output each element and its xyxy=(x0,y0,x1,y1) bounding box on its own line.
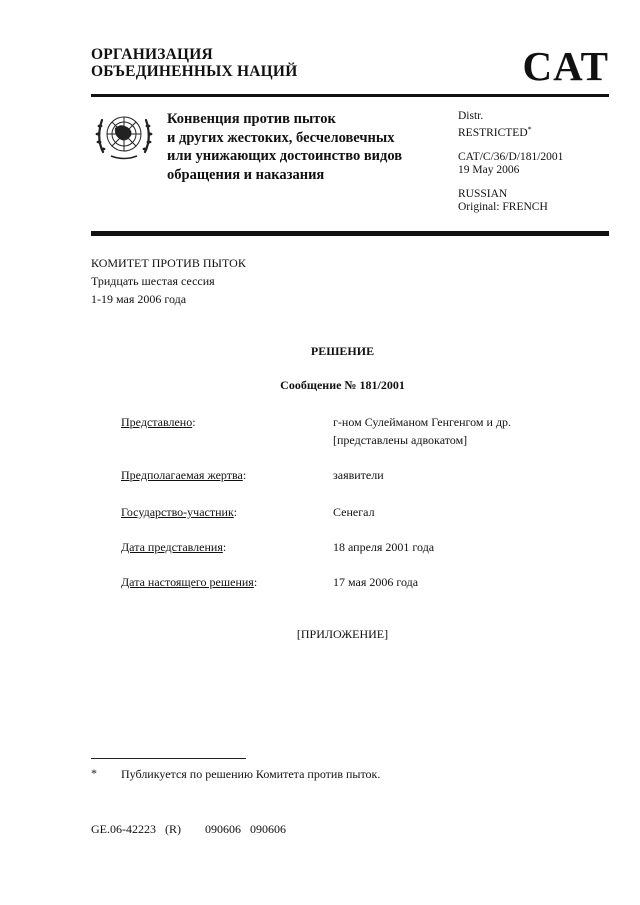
restriction-footnote-mark: * xyxy=(528,125,532,134)
convention-line: и других жестоких, бесчеловечных xyxy=(167,129,402,148)
convention-line: обращения и наказания xyxy=(167,166,402,185)
organization-line-2: ОБЪЕДИНЕННЫХ НАЦИЙ xyxy=(91,63,297,80)
header-bottom-rule xyxy=(91,231,609,236)
document-language: RUSSIAN xyxy=(458,188,563,201)
convention-line: или унижающих достоинство видов xyxy=(167,147,402,166)
committee-name: КОМИТЕТ ПРОТИВ ПЫТОК xyxy=(91,254,246,272)
annex-marker: [ПРИЛОЖЕНИЕ] xyxy=(0,627,640,642)
footnote-text: Публикуется по решению Комитета против п… xyxy=(121,767,380,782)
document-date: 19 May 2006 xyxy=(458,164,563,177)
restriction-status: RESTRICTED* xyxy=(458,123,563,140)
organization-name: ОРГАНИЗАЦИЯ ОБЪЕДИНЕННЫХ НАЦИЙ xyxy=(91,46,297,80)
document-symbol: CAT/C/36/D/181/2001 xyxy=(458,151,563,164)
footnote-mark: * xyxy=(91,766,97,781)
organization-line-1: ОРГАНИЗАЦИЯ xyxy=(91,46,297,63)
detail-value: Сенегал xyxy=(333,503,375,521)
job-number: GE.06-42223 xyxy=(91,822,156,836)
restriction-text: RESTRICTED xyxy=(458,127,528,139)
detail-label: Государство-участник: xyxy=(121,503,237,521)
detail-value: 18 апреля 2001 года xyxy=(333,538,434,556)
detail-label: Дата настоящего решения: xyxy=(121,573,257,591)
detail-label: Дата представления: xyxy=(121,538,226,556)
header-rule xyxy=(91,94,609,97)
document-footer: GE.06-42223 (R) 090606 090606 xyxy=(91,822,286,837)
distr-label: Distr. xyxy=(458,110,563,123)
convention-line: Конвенция против пыток xyxy=(167,110,402,129)
distribution-block: Distr. RESTRICTED* CAT/C/36/D/181/2001 1… xyxy=(458,110,563,214)
original-language: Original: FRENCH xyxy=(458,201,563,214)
detail-value: 17 мая 2006 года xyxy=(333,573,418,591)
detail-label: Предполагаемая жертва: xyxy=(121,466,246,484)
un-emblem-icon xyxy=(93,108,155,164)
detail-label: Представлено: xyxy=(121,413,196,431)
decision-heading: РЕШЕНИЕ xyxy=(0,344,640,359)
document-series-symbol: CAT xyxy=(522,44,609,88)
detail-value: г-ном Сулейманом Генгенгом и др. [предст… xyxy=(333,413,511,449)
session-name: Тридцать шестая сессия xyxy=(91,272,246,290)
detail-value: заявители xyxy=(333,466,384,484)
committee-block: КОМИТЕТ ПРОТИВ ПЫТОК Тридцать шестая сес… xyxy=(91,254,246,308)
communication-number: Сообщение № 181/2001 xyxy=(0,378,640,393)
footer-dates: 090606 090606 xyxy=(205,822,286,836)
language-code: (R) xyxy=(165,822,181,836)
footnote-separator xyxy=(91,758,246,759)
convention-title: Конвенция против пыток и других жестоких… xyxy=(167,110,402,184)
session-dates: 1-19 мая 2006 года xyxy=(91,290,246,308)
